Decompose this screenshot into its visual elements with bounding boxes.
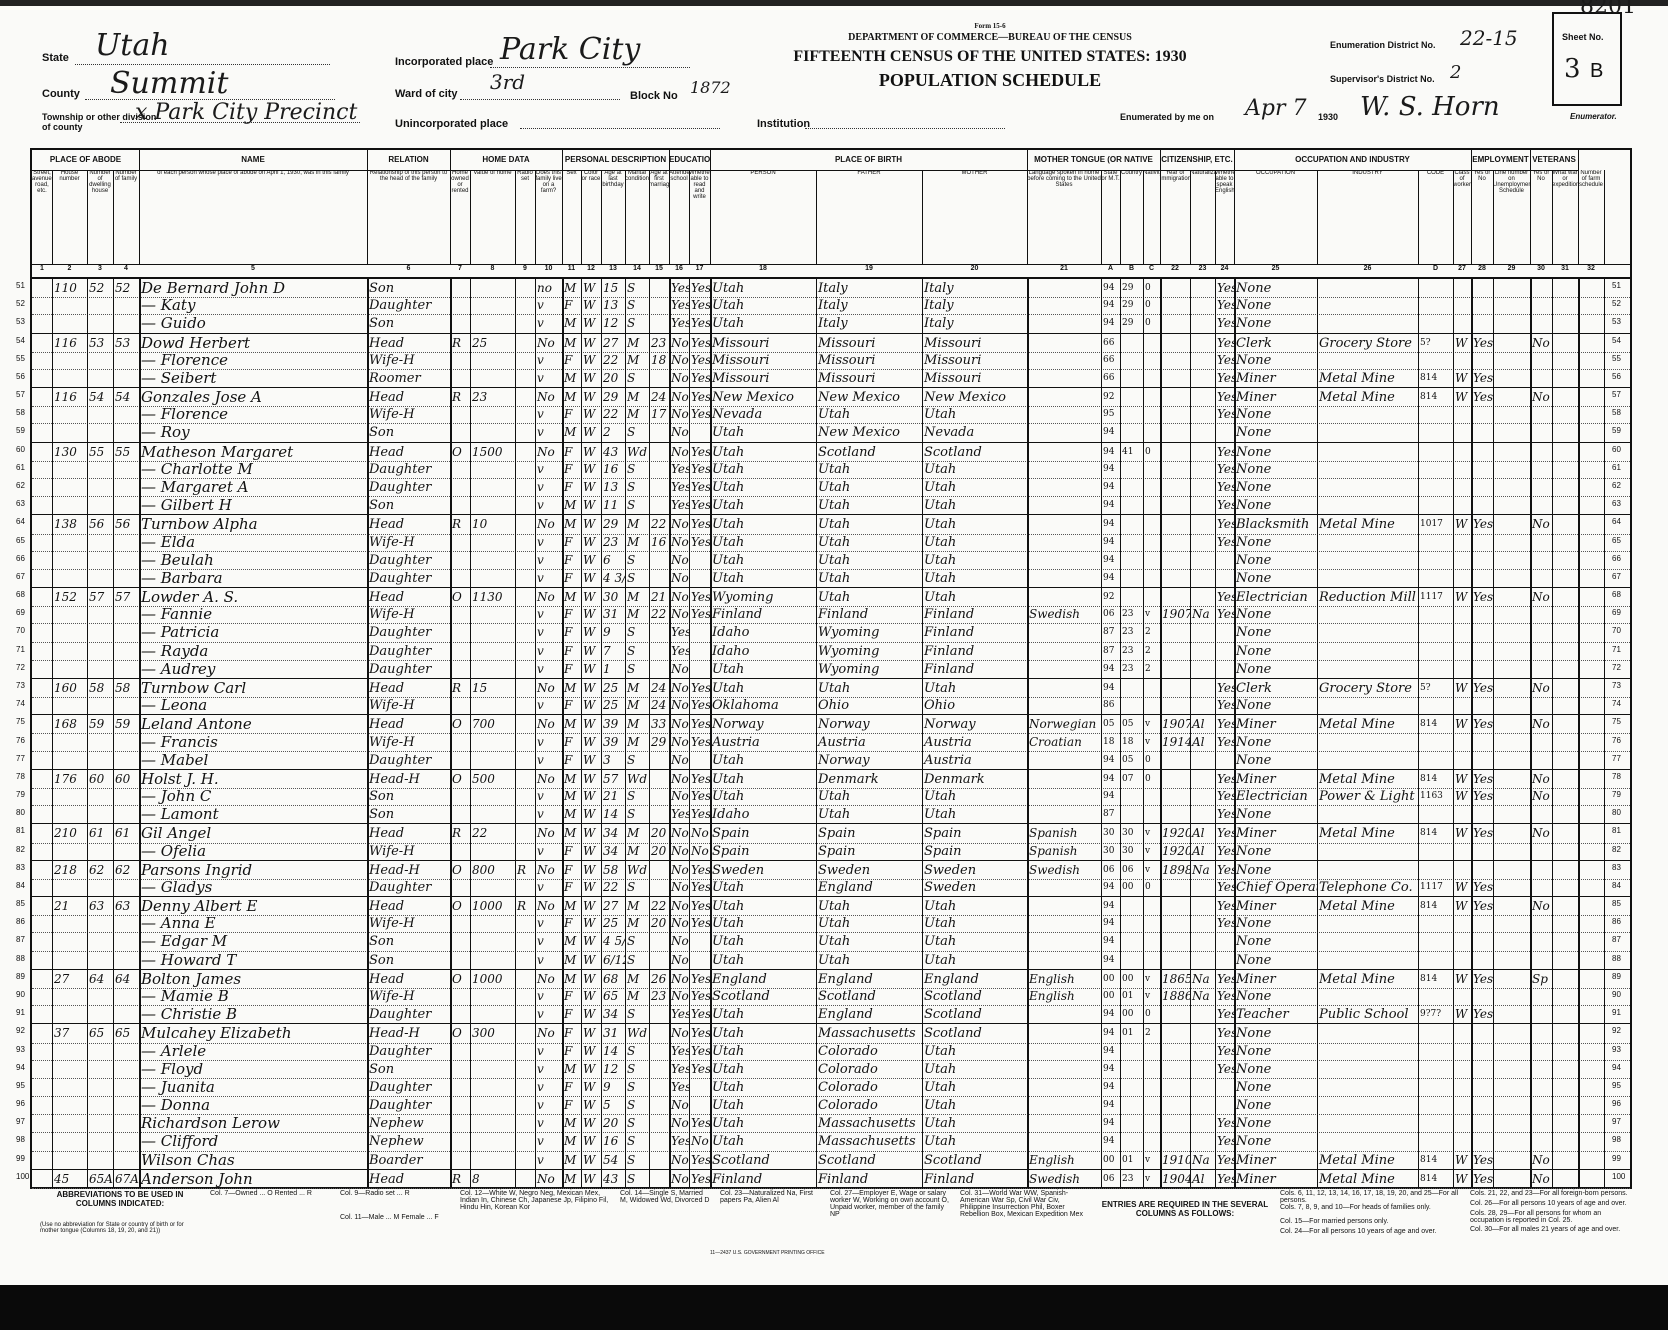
cell-lang bbox=[1027, 478, 1101, 496]
cell-own: O bbox=[450, 588, 470, 606]
cell-war bbox=[1552, 1060, 1578, 1078]
cell-bpm: Utah bbox=[922, 533, 1027, 551]
cell-ca: 94 bbox=[1101, 897, 1120, 915]
cell-bpm: Norway bbox=[922, 715, 1027, 733]
cell-eng: Yes bbox=[1215, 605, 1234, 623]
cell-cb bbox=[1120, 679, 1143, 697]
cell-cls: W bbox=[1453, 970, 1471, 988]
cell-sex: F bbox=[562, 569, 581, 587]
ed-value: 22-15 bbox=[1460, 26, 1518, 50]
cell-val bbox=[470, 369, 515, 387]
cell-cls bbox=[1453, 914, 1471, 932]
cell-eng: Yes bbox=[1215, 842, 1234, 860]
cell-nat bbox=[1190, 496, 1215, 514]
cell-nat bbox=[1190, 351, 1215, 369]
line-number-right: 78 bbox=[1612, 772, 1621, 781]
cell-sch: Yes bbox=[669, 496, 689, 514]
cell-code bbox=[1418, 1132, 1453, 1150]
cell-house bbox=[52, 787, 87, 805]
cell-dw: 65A bbox=[87, 1170, 113, 1188]
cell-farm: No bbox=[535, 770, 562, 788]
cell-vet bbox=[1530, 405, 1552, 423]
cell-bpm: Finland bbox=[922, 623, 1027, 641]
cell-imm bbox=[1160, 551, 1190, 569]
cell-bpf: Scotland bbox=[816, 443, 922, 461]
cell-code bbox=[1418, 1024, 1453, 1042]
cell-afm: 18 bbox=[649, 351, 669, 369]
cell-bpm: Utah bbox=[922, 1096, 1027, 1114]
cell-vet: No bbox=[1530, 588, 1552, 606]
line-number-right: 59 bbox=[1612, 426, 1621, 435]
cell-rel: Son bbox=[367, 496, 450, 514]
cell-ca: 94 bbox=[1101, 279, 1120, 297]
cell-ca: 94 bbox=[1101, 679, 1120, 697]
cell-afm: 20 bbox=[649, 842, 669, 860]
cell-occ: None bbox=[1234, 443, 1317, 461]
cell-age: 21 bbox=[601, 787, 625, 805]
cell-rel: Nephew bbox=[367, 1132, 450, 1150]
column-number: 1 bbox=[32, 265, 52, 277]
line-number-left: 86 bbox=[16, 917, 25, 926]
cell-house bbox=[52, 1078, 87, 1096]
cell-farm: No bbox=[535, 897, 562, 915]
cell-house bbox=[52, 605, 87, 623]
enumerated-date: Apr 7 bbox=[1245, 96, 1306, 121]
cell-sex: M bbox=[562, 1060, 581, 1078]
column-number: D bbox=[1418, 265, 1453, 277]
cell-code bbox=[1418, 1096, 1453, 1114]
cell-name: — Gilbert H bbox=[139, 496, 367, 514]
column-divider bbox=[816, 278, 817, 1187]
column-header: MOTHER bbox=[922, 170, 1028, 264]
cell-lang bbox=[1027, 314, 1101, 332]
cell-cc bbox=[1143, 460, 1160, 478]
cell-farm: v bbox=[535, 951, 562, 969]
cell-age: 14 bbox=[601, 805, 625, 823]
table-row: — Gilbert HSonvMW11SYesYesUtahUtahUtah94… bbox=[32, 496, 1630, 515]
cell-own: O bbox=[450, 443, 470, 461]
cell-sex: M bbox=[562, 334, 581, 352]
cell-val: 8 bbox=[470, 1170, 515, 1188]
line-number-left: 100 bbox=[16, 1172, 29, 1181]
cell-nat bbox=[1190, 770, 1215, 788]
cell-imm bbox=[1160, 351, 1190, 369]
cell-bpm: Utah bbox=[922, 460, 1027, 478]
cell-code: 814 bbox=[1418, 970, 1453, 988]
cell-afm bbox=[649, 1024, 669, 1042]
cell-cls: W bbox=[1453, 824, 1471, 842]
cell-name: — Ofelia bbox=[139, 842, 367, 860]
cell-house bbox=[52, 914, 87, 932]
cell-cb: 30 bbox=[1120, 842, 1143, 860]
column-header: Sex bbox=[562, 170, 582, 264]
line-number-left: 58 bbox=[16, 408, 25, 417]
cell-emp bbox=[1471, 569, 1493, 587]
column-divider bbox=[450, 278, 452, 1187]
cell-mar: S bbox=[625, 951, 649, 969]
cell-afm bbox=[649, 805, 669, 823]
cell-sex: F bbox=[562, 478, 581, 496]
unincorporated-label: Unincorporated place bbox=[395, 118, 508, 130]
cell-race: W bbox=[581, 496, 601, 514]
table-row: — MabelDaughtervFW3SNoUtahNorwayAustria9… bbox=[32, 751, 1630, 770]
column-header: Whether able to read and write bbox=[689, 170, 711, 264]
cell-radio bbox=[515, 1078, 535, 1096]
cell-bp: Utah bbox=[710, 551, 816, 569]
cell-age: 9 bbox=[601, 1078, 625, 1096]
cell-nat: Na bbox=[1190, 987, 1215, 1005]
cell-occ: None bbox=[1234, 861, 1317, 879]
table-row: — Howard TSonvMW6/12SNoUtahUtahUtah94Non… bbox=[32, 951, 1630, 970]
cell-emp bbox=[1471, 605, 1493, 623]
table-row: 1605858Turnbow CarlHeadR15NoMW25M24NoYes… bbox=[32, 678, 1630, 698]
cell-rel: Daughter bbox=[367, 296, 450, 314]
cell-ind: Public School bbox=[1317, 1005, 1418, 1023]
cell-rel: Wife-H bbox=[367, 696, 450, 714]
cell-ca: 94 bbox=[1101, 751, 1120, 769]
cell-rw: Yes bbox=[689, 679, 710, 697]
cell-house bbox=[52, 533, 87, 551]
cell-cc: 2 bbox=[1143, 660, 1160, 678]
cell-mar: S bbox=[625, 369, 649, 387]
cell-emp: Yes bbox=[1471, 1170, 1493, 1188]
cell-afm bbox=[649, 1170, 669, 1188]
cell-age: 29 bbox=[601, 515, 625, 533]
cell-ind: Grocery Store bbox=[1317, 679, 1418, 697]
cell-bpf: Utah bbox=[816, 679, 922, 697]
cell-cb: 23 bbox=[1120, 660, 1143, 678]
table-row: — FannieWife-HvFW31M22NoYesFinlandFinlan… bbox=[32, 605, 1630, 624]
cell-occ: Miner bbox=[1234, 897, 1317, 915]
cell-rw: Yes bbox=[689, 1060, 710, 1078]
cell-dw bbox=[87, 696, 113, 714]
cell-bpm: Scotland bbox=[922, 987, 1027, 1005]
line-number-right: 89 bbox=[1612, 972, 1621, 981]
column-divider bbox=[562, 278, 564, 1187]
cell-afm bbox=[649, 861, 669, 879]
cell-mar: S bbox=[625, 314, 649, 332]
cell-nat bbox=[1190, 388, 1215, 406]
cell-name: — Roy bbox=[139, 423, 367, 441]
ward-label: Ward of city bbox=[395, 88, 458, 100]
cell-ind bbox=[1317, 1132, 1418, 1150]
cell-afm bbox=[649, 1096, 669, 1114]
cell-rel: Daughter bbox=[367, 460, 450, 478]
line-number-left: 65 bbox=[16, 536, 25, 545]
cell-fam bbox=[113, 878, 139, 896]
cell-cc: 0 bbox=[1143, 770, 1160, 788]
column-divider bbox=[581, 278, 582, 1187]
cell-own bbox=[450, 423, 470, 441]
cell-age: 11 bbox=[601, 496, 625, 514]
column-number: 8 bbox=[470, 265, 515, 277]
column-number: 10 bbox=[535, 265, 562, 277]
column-divider bbox=[625, 278, 626, 1187]
cell-emp bbox=[1471, 951, 1493, 969]
cell-sex: F bbox=[562, 623, 581, 641]
column-header: Number of family bbox=[113, 170, 140, 264]
column-number: 17 bbox=[689, 265, 710, 277]
cell-afm bbox=[649, 660, 669, 678]
column-divider bbox=[1120, 278, 1121, 1187]
cell-lang: Swedish bbox=[1027, 605, 1101, 623]
cell-cb: 29 bbox=[1120, 279, 1143, 297]
cell-nat bbox=[1190, 1024, 1215, 1042]
column-header: What war or expedition? bbox=[1552, 170, 1579, 264]
cell-farm: v bbox=[535, 496, 562, 514]
cell-ca: 94 bbox=[1101, 878, 1120, 896]
cell-vet bbox=[1530, 951, 1552, 969]
cell-afm bbox=[649, 951, 669, 969]
cell-cb: 05 bbox=[1120, 715, 1143, 733]
column-header: Home owned or rented bbox=[450, 170, 471, 264]
cell-war bbox=[1552, 1024, 1578, 1042]
column-header: Nativity bbox=[1143, 170, 1161, 264]
cell-fam bbox=[113, 987, 139, 1005]
cell-name: Turnbow Alpha bbox=[139, 515, 367, 533]
line-number-left: 52 bbox=[16, 299, 25, 308]
table-row: — BeulahDaughtervFW6SNoUtahUtahUtah94Non… bbox=[32, 551, 1630, 570]
table-row: — KatyDaughtervFW13SYesYesUtahItalyItaly… bbox=[32, 296, 1630, 315]
cell-cc bbox=[1143, 932, 1160, 950]
cell-bpf: New Mexico bbox=[816, 388, 922, 406]
cell-eng: Yes bbox=[1215, 679, 1234, 697]
cell-lang bbox=[1027, 897, 1101, 915]
cell-lang bbox=[1027, 1060, 1101, 1078]
cell-bpf: Colorado bbox=[816, 1078, 922, 1096]
cell-own bbox=[450, 751, 470, 769]
cell-fam bbox=[113, 605, 139, 623]
table-row: — Margaret ADaughtervFW13SYesYesUtahUtah… bbox=[32, 478, 1630, 497]
cell-cls bbox=[1453, 932, 1471, 950]
cell-mar: M bbox=[625, 824, 649, 842]
cell-lang bbox=[1027, 496, 1101, 514]
cell-sch: No bbox=[669, 351, 689, 369]
cell-rw bbox=[689, 751, 710, 769]
census-sheet: State Utah County Summit Township or oth… bbox=[0, 0, 1668, 1330]
cell-emp bbox=[1471, 842, 1493, 860]
cell-ind bbox=[1317, 696, 1418, 714]
cell-lang bbox=[1027, 388, 1101, 406]
cell-age: 13 bbox=[601, 478, 625, 496]
stamp-number: 8201 bbox=[1580, 0, 1636, 19]
cell-own: O bbox=[450, 861, 470, 879]
cell-vet: No bbox=[1530, 515, 1552, 533]
column-divider bbox=[689, 278, 690, 1187]
cell-afm: 24 bbox=[649, 388, 669, 406]
cell-val bbox=[470, 351, 515, 369]
cell-rel: Head bbox=[367, 715, 450, 733]
department-line: DEPARTMENT OF COMMERCE—BUREAU OF THE CEN… bbox=[790, 32, 1190, 43]
cell-eng: Yes bbox=[1215, 824, 1234, 842]
cell-race: W bbox=[581, 296, 601, 314]
cell-eng bbox=[1215, 423, 1234, 441]
cell-lang bbox=[1027, 660, 1101, 678]
cell-imm bbox=[1160, 1005, 1190, 1023]
cell-sch: Yes bbox=[669, 642, 689, 660]
cell-bpf: Wyoming bbox=[816, 642, 922, 660]
cell-mar: S bbox=[625, 751, 649, 769]
cell-bpf: Wyoming bbox=[816, 660, 922, 678]
cell-afm: 22 bbox=[649, 897, 669, 915]
cell-emp bbox=[1471, 496, 1493, 514]
cell-bpm: Utah bbox=[922, 405, 1027, 423]
cell-bpf: Utah bbox=[816, 569, 922, 587]
line-number-right: 99 bbox=[1612, 1154, 1621, 1163]
cell-ca: 94 bbox=[1101, 515, 1120, 533]
cell-rw: Yes bbox=[689, 914, 710, 932]
cell-val bbox=[470, 1114, 515, 1132]
column-header: Yes or No bbox=[1471, 170, 1494, 264]
cell-cb: 23 bbox=[1120, 605, 1143, 623]
cell-radio bbox=[515, 805, 535, 823]
cell-imm: 1920 bbox=[1160, 842, 1190, 860]
cell-own: O bbox=[450, 1024, 470, 1042]
cell-farm: No bbox=[535, 588, 562, 606]
cell-val bbox=[470, 1060, 515, 1078]
cell-ind bbox=[1317, 1114, 1418, 1132]
cell-cls: W bbox=[1453, 787, 1471, 805]
column-divider bbox=[367, 278, 369, 1187]
cell-war bbox=[1552, 770, 1578, 788]
cell-cb: 23 bbox=[1120, 642, 1143, 660]
table-row: — CliffordNephewvMW16SYesNoUtahMassachus… bbox=[32, 1132, 1630, 1151]
cell-age: 3 bbox=[601, 751, 625, 769]
cell-emp: Yes bbox=[1471, 970, 1493, 988]
table-row: — FlorenceWife-HvFW22M18NoYesMissouriMis… bbox=[32, 351, 1630, 370]
cell-cls: W bbox=[1453, 679, 1471, 697]
cell-radio bbox=[515, 787, 535, 805]
cell-farm: No bbox=[535, 515, 562, 533]
line-number-left: 73 bbox=[16, 681, 25, 690]
line-number-right: 54 bbox=[1612, 336, 1621, 345]
cell-occ: Miner bbox=[1234, 388, 1317, 406]
cell-fam bbox=[113, 842, 139, 860]
cell-cb bbox=[1120, 1132, 1143, 1150]
line-number-right: 75 bbox=[1612, 717, 1621, 726]
cell-fam: 64 bbox=[113, 970, 139, 988]
table-row: — John CSonvMW21SNoYesUtahUtahUtah94YesE… bbox=[32, 787, 1630, 806]
cell-sch: No bbox=[669, 733, 689, 751]
cell-bpm: Italy bbox=[922, 314, 1027, 332]
cell-rel: Head bbox=[367, 897, 450, 915]
cell-race: W bbox=[581, 334, 601, 352]
cell-cc bbox=[1143, 897, 1160, 915]
cell-farm: v bbox=[535, 569, 562, 587]
line-number-left: 62 bbox=[16, 481, 25, 490]
cell-rel: Daughter bbox=[367, 1078, 450, 1096]
cell-bpm: Missouri bbox=[922, 369, 1027, 387]
cell-eng: Yes bbox=[1215, 478, 1234, 496]
cell-imm: 1886 bbox=[1160, 987, 1190, 1005]
cell-eng: Yes bbox=[1215, 715, 1234, 733]
cell-bp: Idaho bbox=[710, 805, 816, 823]
cell-cc: v bbox=[1143, 824, 1160, 842]
cell-farm: No bbox=[535, 1024, 562, 1042]
cell-lang bbox=[1027, 932, 1101, 950]
cell-lang: Spanish bbox=[1027, 842, 1101, 860]
cell-name: — Beulah bbox=[139, 551, 367, 569]
cell-ind bbox=[1317, 642, 1418, 660]
cell-emp bbox=[1471, 861, 1493, 879]
column-header: Color or race bbox=[581, 170, 602, 264]
line-number-left: 93 bbox=[16, 1045, 25, 1054]
cell-own bbox=[450, 279, 470, 297]
cell-ca: 94 bbox=[1101, 314, 1120, 332]
cell-bpm: Utah bbox=[922, 588, 1027, 606]
line-number-left: 64 bbox=[16, 517, 25, 526]
cell-code bbox=[1418, 805, 1453, 823]
cell-bpf: Scotland bbox=[816, 987, 922, 1005]
cell-bpf: Denmark bbox=[816, 770, 922, 788]
cell-bpf: England bbox=[816, 878, 922, 896]
cell-radio bbox=[515, 296, 535, 314]
cell-lang bbox=[1027, 369, 1101, 387]
cell-eng: Yes bbox=[1215, 279, 1234, 297]
cell-vet: No bbox=[1530, 1151, 1552, 1169]
line-number-right: 94 bbox=[1612, 1063, 1621, 1072]
cell-ind: Telephone Co. bbox=[1317, 878, 1418, 896]
line-number-left: 63 bbox=[16, 499, 25, 508]
cell-fam: 63 bbox=[113, 897, 139, 915]
cell-farm: No bbox=[535, 679, 562, 697]
cell-occ: Chief Operator bbox=[1234, 878, 1317, 896]
cell-ca: 94 bbox=[1101, 569, 1120, 587]
cell-nat bbox=[1190, 805, 1215, 823]
cell-vet bbox=[1530, 551, 1552, 569]
cell-nat bbox=[1190, 279, 1215, 297]
cell-bpf: Spain bbox=[816, 824, 922, 842]
line-number-right: 66 bbox=[1612, 554, 1621, 563]
cell-war bbox=[1552, 733, 1578, 751]
cell-code bbox=[1418, 443, 1453, 461]
cell-occ: None bbox=[1234, 1042, 1317, 1060]
cell-ind bbox=[1317, 1060, 1418, 1078]
cell-nat bbox=[1190, 423, 1215, 441]
cell-house bbox=[52, 1005, 87, 1023]
cell-fam bbox=[113, 405, 139, 423]
table-row: — Mamie BWife-HvFW65M23NoYesScotlandScot… bbox=[32, 987, 1630, 1006]
cell-own bbox=[450, 569, 470, 587]
cell-occ: None bbox=[1234, 279, 1317, 297]
cell-code bbox=[1418, 861, 1453, 879]
cell-mar: S bbox=[625, 805, 649, 823]
cell-cls bbox=[1453, 1114, 1471, 1132]
cell-bpm: Sweden bbox=[922, 861, 1027, 879]
cell-war bbox=[1552, 1114, 1578, 1132]
cell-ind bbox=[1317, 951, 1418, 969]
cell-val bbox=[470, 642, 515, 660]
cell-rel: Head bbox=[367, 588, 450, 606]
cell-ind: Metal Mine bbox=[1317, 970, 1418, 988]
cell-code bbox=[1418, 660, 1453, 678]
cell-bpm: Utah bbox=[922, 496, 1027, 514]
cell-code: 1117 bbox=[1418, 588, 1453, 606]
cell-nat bbox=[1190, 878, 1215, 896]
cell-emp bbox=[1471, 478, 1493, 496]
table-row: — ArleleDaughtervFW14SYesYesUtahColorado… bbox=[32, 1042, 1630, 1061]
line-number-right: 90 bbox=[1612, 990, 1621, 999]
cell-code: 1017 bbox=[1418, 515, 1453, 533]
line-number-left: 55 bbox=[16, 354, 25, 363]
cell-mar: M bbox=[625, 987, 649, 1005]
cell-ind: Metal Mine bbox=[1317, 369, 1418, 387]
cell-own bbox=[450, 1096, 470, 1114]
cell-name: — Lamont bbox=[139, 805, 367, 823]
cell-fam: 67A bbox=[113, 1170, 139, 1188]
column-header: Does this family live on a farm? bbox=[535, 170, 563, 264]
line-number-right: 56 bbox=[1612, 372, 1621, 381]
